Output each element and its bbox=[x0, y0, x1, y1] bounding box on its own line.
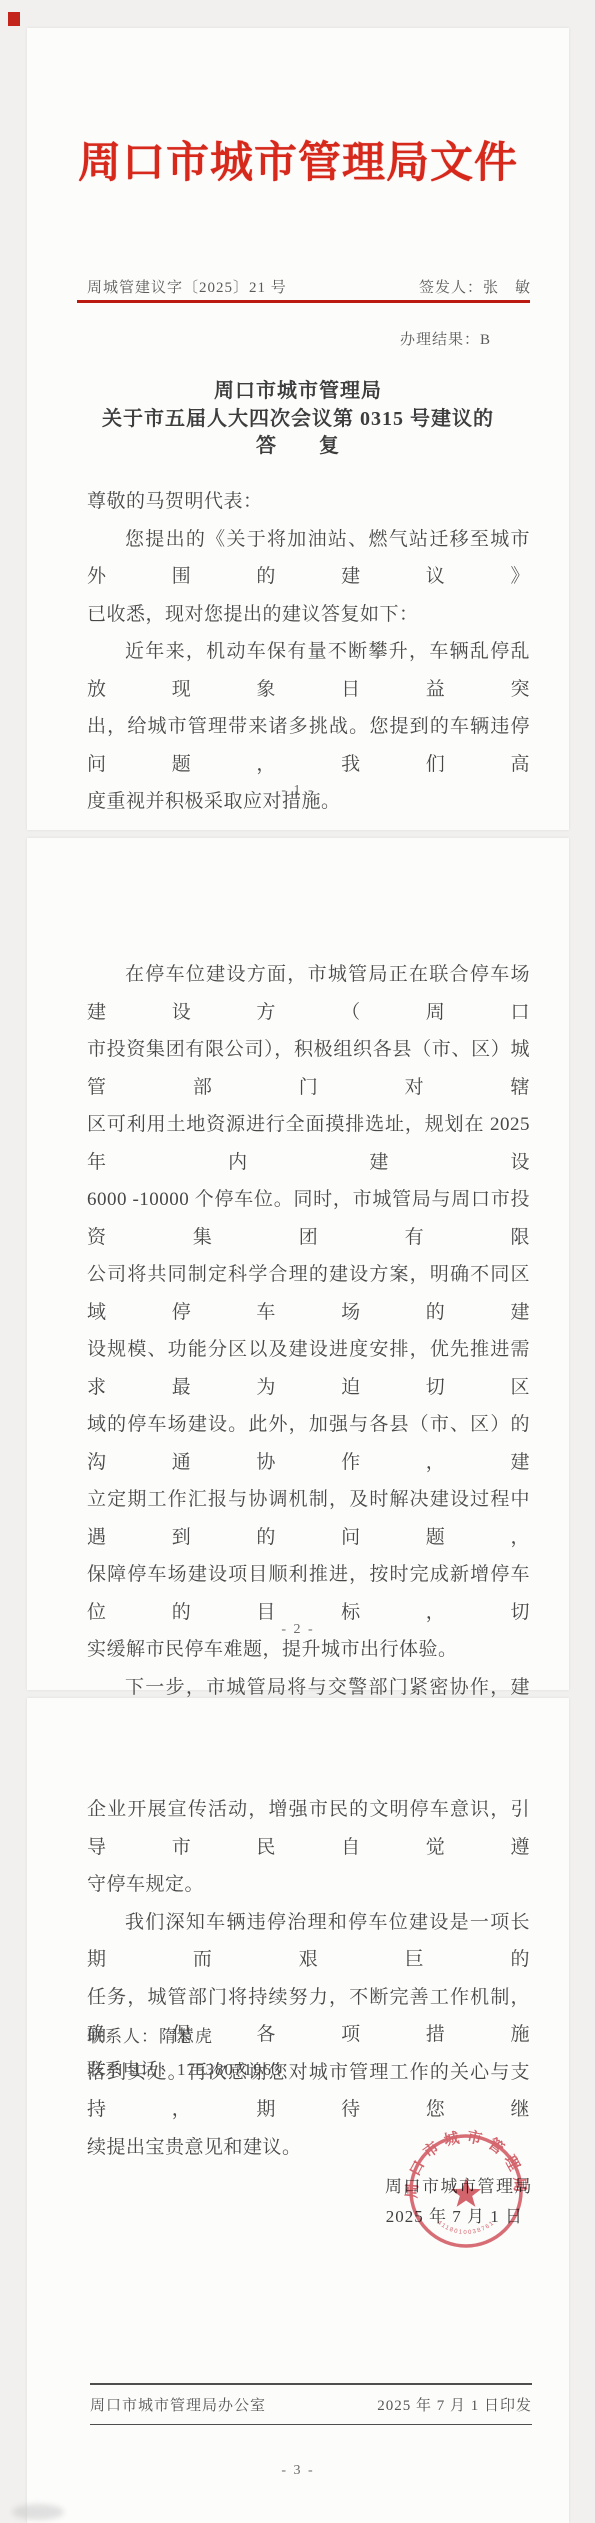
doc-number: 周城管建议字〔2025〕21 号 bbox=[87, 276, 287, 297]
body-line: 守停车规定。 bbox=[87, 1866, 530, 1904]
document-subject: 周口市城市管理局 关于市五届人大四次会议第 0315 号建议的 答 复 bbox=[27, 378, 569, 461]
salutation: 尊敬的马贺明代表： bbox=[87, 483, 530, 521]
document-viewer: 周口市城市管理局文件 周城管建议字〔2025〕21 号 签发人：张 敏 办理结果… bbox=[0, 0, 595, 2523]
body-line: 保障停车场建设项目顺利推进，按时完成新增停车位的目标，切 bbox=[87, 1556, 530, 1631]
body-line: 我们深知车辆违停治理和停车位建设是一项长期而艰巨的 bbox=[87, 1904, 530, 1979]
page-3-body: 企业开展宣传活动，增强市民的文明停车意识，引导市民自觉遵 守停车规定。 我们深知… bbox=[87, 1791, 530, 2166]
seal-star-icon bbox=[451, 2178, 481, 2207]
print-date: 2025 年 7 月 1 日印发 bbox=[377, 2393, 532, 2419]
page-1: 周口市城市管理局文件 周城管建议字〔2025〕21 号 签发人：张 敏 办理结果… bbox=[27, 28, 569, 830]
page-number-2: - 2 - bbox=[27, 1622, 569, 1638]
body-line: 在停车位建设方面，市城管局正在联合停车场建设方（周口 bbox=[87, 956, 530, 1031]
body-line: 立定期工作汇报与协调机制，及时解决建设过程中遇到的问题， bbox=[87, 1481, 530, 1556]
body-line: 设规模、功能分区以及建设进度安排，优先推进需求最为迫切区 bbox=[87, 1331, 530, 1406]
handling-result-label: 办理结果：B bbox=[400, 328, 491, 349]
body-line: 市投资集团有限公司），积极组织各县（市、区）城管部门对辖 bbox=[87, 1031, 530, 1106]
footer-row: 周口市城市管理局办公室 2025 年 7 月 1 日印发 bbox=[90, 2393, 532, 2419]
subject-line-2: 关于市五届人大四次会议第 0315 号建议的 bbox=[27, 406, 569, 434]
red-letterhead-title: 周口市城市管理局文件 bbox=[27, 128, 569, 200]
footer-rule-top bbox=[90, 2383, 532, 2385]
body-line: 已收悉，现对您提出的建议答复如下： bbox=[87, 596, 530, 634]
scan-shadow-smudge bbox=[12, 2504, 64, 2520]
contact-phone: 联系电话：17538071963 bbox=[87, 2053, 282, 2086]
page-1-body: 尊敬的马贺明代表： 您提出的《关于将加油站、燃气站迁移至城市外围的建议》 已收悉… bbox=[87, 483, 530, 821]
issuing-office: 周口市城市管理局办公室 bbox=[90, 2393, 266, 2419]
page-3: 企业开展宣传活动，增强市民的文明停车意识，引导市民自觉遵 守停车规定。 我们深知… bbox=[27, 1698, 569, 2523]
body-line: 区可利用土地资源进行全面摸排选址，规划在 2025 年内建设 bbox=[87, 1106, 530, 1181]
footer-rule-bottom bbox=[90, 2424, 532, 2425]
body-line: 公司将共同制定科学合理的建设方案，明确不同区域停车场的建 bbox=[87, 1256, 530, 1331]
signer-label: 签发人：张 敏 bbox=[419, 276, 531, 297]
body-line: 近年来，机动车保有量不断攀升，车辆乱停乱放现象日益突 bbox=[87, 633, 530, 708]
red-divider-rule bbox=[77, 300, 530, 303]
body-line: 您提出的《关于将加油站、燃气站迁移至城市外围的建议》 bbox=[87, 521, 530, 596]
page-2: 在停车位建设方面，市城管局正在联合停车场建设方（周口 市投资集团有限公司），积极… bbox=[27, 838, 569, 1690]
subject-line-1: 周口市城市管理局 bbox=[27, 378, 569, 406]
official-seal: 周口市城市管理局 4118010038761 bbox=[403, 2128, 529, 2254]
body-line: 6000 -10000 个停车位。同时，市城管局与周口市投资集团有限 bbox=[87, 1181, 530, 1256]
body-line: 企业开展宣传活动，增强市民的文明停车意识，引导市民自觉遵 bbox=[87, 1791, 530, 1866]
page-number-3: - 3 - bbox=[27, 2463, 569, 2479]
body-line: 出，给城市管理带来诸多挑战。您提到的车辆违停问题，我们高 bbox=[87, 708, 530, 783]
page-number-1: - 1 - bbox=[27, 783, 569, 799]
contact-person: 联系人：隋慧虎 bbox=[87, 2020, 282, 2053]
seal-code-text: 4118010038761 bbox=[436, 2220, 496, 2236]
subject-line-3: 答 复 bbox=[27, 433, 569, 461]
body-line: 域的停车场建设。此外，加强与各县（市、区）的沟通协作，建 bbox=[87, 1406, 530, 1481]
scan-red-mark bbox=[8, 12, 20, 26]
doc-meta-row: 周城管建议字〔2025〕21 号 签发人：张 敏 bbox=[87, 276, 531, 297]
contact-block: 联系人：隋慧虎 联系电话：17538071963 bbox=[87, 2020, 282, 2086]
